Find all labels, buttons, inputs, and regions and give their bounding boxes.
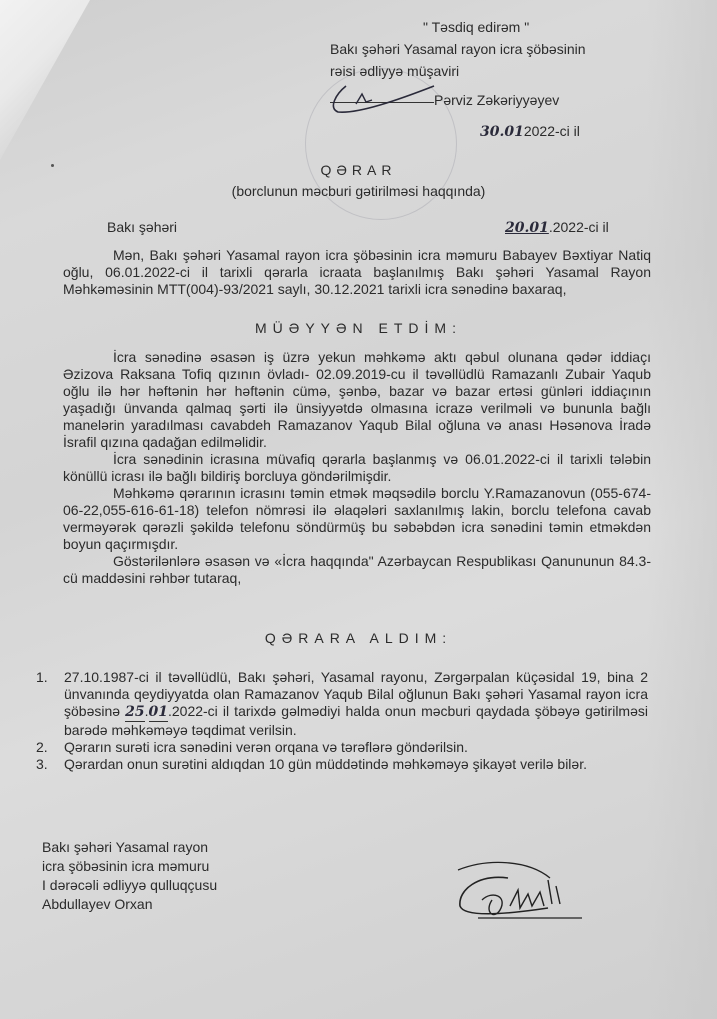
decision-text: Qərardan onun surətini aldıqdan 10 gün m… — [64, 756, 648, 773]
approval-date: 30.012022-ci il — [480, 123, 580, 140]
approval-line-1: Bakı şəhəri Yasamal rayon icra şöbəsinin — [330, 38, 586, 60]
signatory-signature — [448, 860, 588, 930]
established-heading: MÜƏYYƏN ETDİM: — [0, 320, 717, 336]
handwritten-month: 01 — [149, 704, 168, 722]
decision-number: 1. — [36, 669, 64, 739]
signatory-block: Bakı şəhəri Yasamal rayon icra şöbəsinin… — [42, 838, 217, 914]
document-title: QƏRAR — [0, 162, 717, 178]
document-date-suffix: .2022-ci il — [549, 219, 609, 235]
document-city: Bakı şəhəri — [107, 219, 177, 235]
intro-text: Mən, Bakı şəhəri Yasamal rayon icra şöbə… — [63, 247, 651, 298]
decision-item: 3. Qərardan onun surətini aldıqdan 10 gü… — [36, 756, 648, 773]
document-date: 20.01.2022-ci il — [505, 219, 609, 236]
approver-name: Pərviz Zəkəriyyəyev — [434, 92, 559, 108]
decision-item: 2. Qərarın surəti icra sənədini verən or… — [36, 739, 648, 756]
document-date-handwritten: 20.01 — [505, 220, 549, 236]
decision-number: 3. — [36, 756, 64, 773]
document-subtitle: (borclunun məcburi gətirilməsi haqqında) — [0, 183, 717, 199]
paper-fold-corner — [0, 0, 90, 160]
established-paragraph: Göstərilənlərə əsasən və «İcra haqqında"… — [63, 553, 651, 587]
page-shadow — [647, 0, 717, 1019]
intro-paragraph: Mən, Bakı şəhəri Yasamal rayon icra şöbə… — [63, 247, 651, 298]
decision-item: 1. 27.10.1987-ci il təvəllüdlü, Bakı şəh… — [36, 669, 648, 739]
approval-block: " Təsdiq edirəm " Bakı şəhəri Yasamal ra… — [330, 16, 586, 82]
decision-number: 2. — [36, 739, 64, 756]
decided-heading: QƏRARA ALDIM: — [0, 630, 717, 646]
decision-text: 27.10.1987-ci il təvəllüdlü, Bakı şəhəri… — [64, 669, 648, 739]
decision-list: 1. 27.10.1987-ci il təvəllüdlü, Bakı şəh… — [36, 669, 648, 773]
decision-text: Qərarın surəti icra sənədini verən orqan… — [64, 739, 648, 756]
established-paragraph: Məhkəmə qərarının icrasını təmin etmək m… — [63, 485, 651, 553]
signatory-line-1: Bakı şəhəri Yasamal rayon — [42, 838, 217, 857]
signatory-line-2: icra şöbəsinin icra məmuru — [42, 857, 217, 876]
approval-heading: " Təsdiq edirəm " — [330, 16, 586, 38]
signatory-line-3: I dərəcəli ədliyyə qulluqçusu — [42, 876, 217, 895]
approval-date-handwritten: 30.01 — [480, 124, 524, 140]
approver-signature — [328, 80, 438, 120]
established-paragraph: İcra sənədinin icrasına müvafiq qərarla … — [63, 451, 651, 485]
established-paragraph: İcra sənədinə əsasən iş üzrə yekun məhkə… — [63, 349, 651, 451]
handwritten-day: 25 — [125, 704, 144, 722]
approval-line-2: rəisi ədliyyə müşaviri — [330, 60, 586, 82]
established-body: İcra sənədinə əsasən iş üzrə yekun məhkə… — [63, 349, 651, 587]
approval-date-suffix: 2022-ci il — [524, 123, 580, 139]
signatory-name: Abdullayev Orxan — [42, 895, 217, 914]
